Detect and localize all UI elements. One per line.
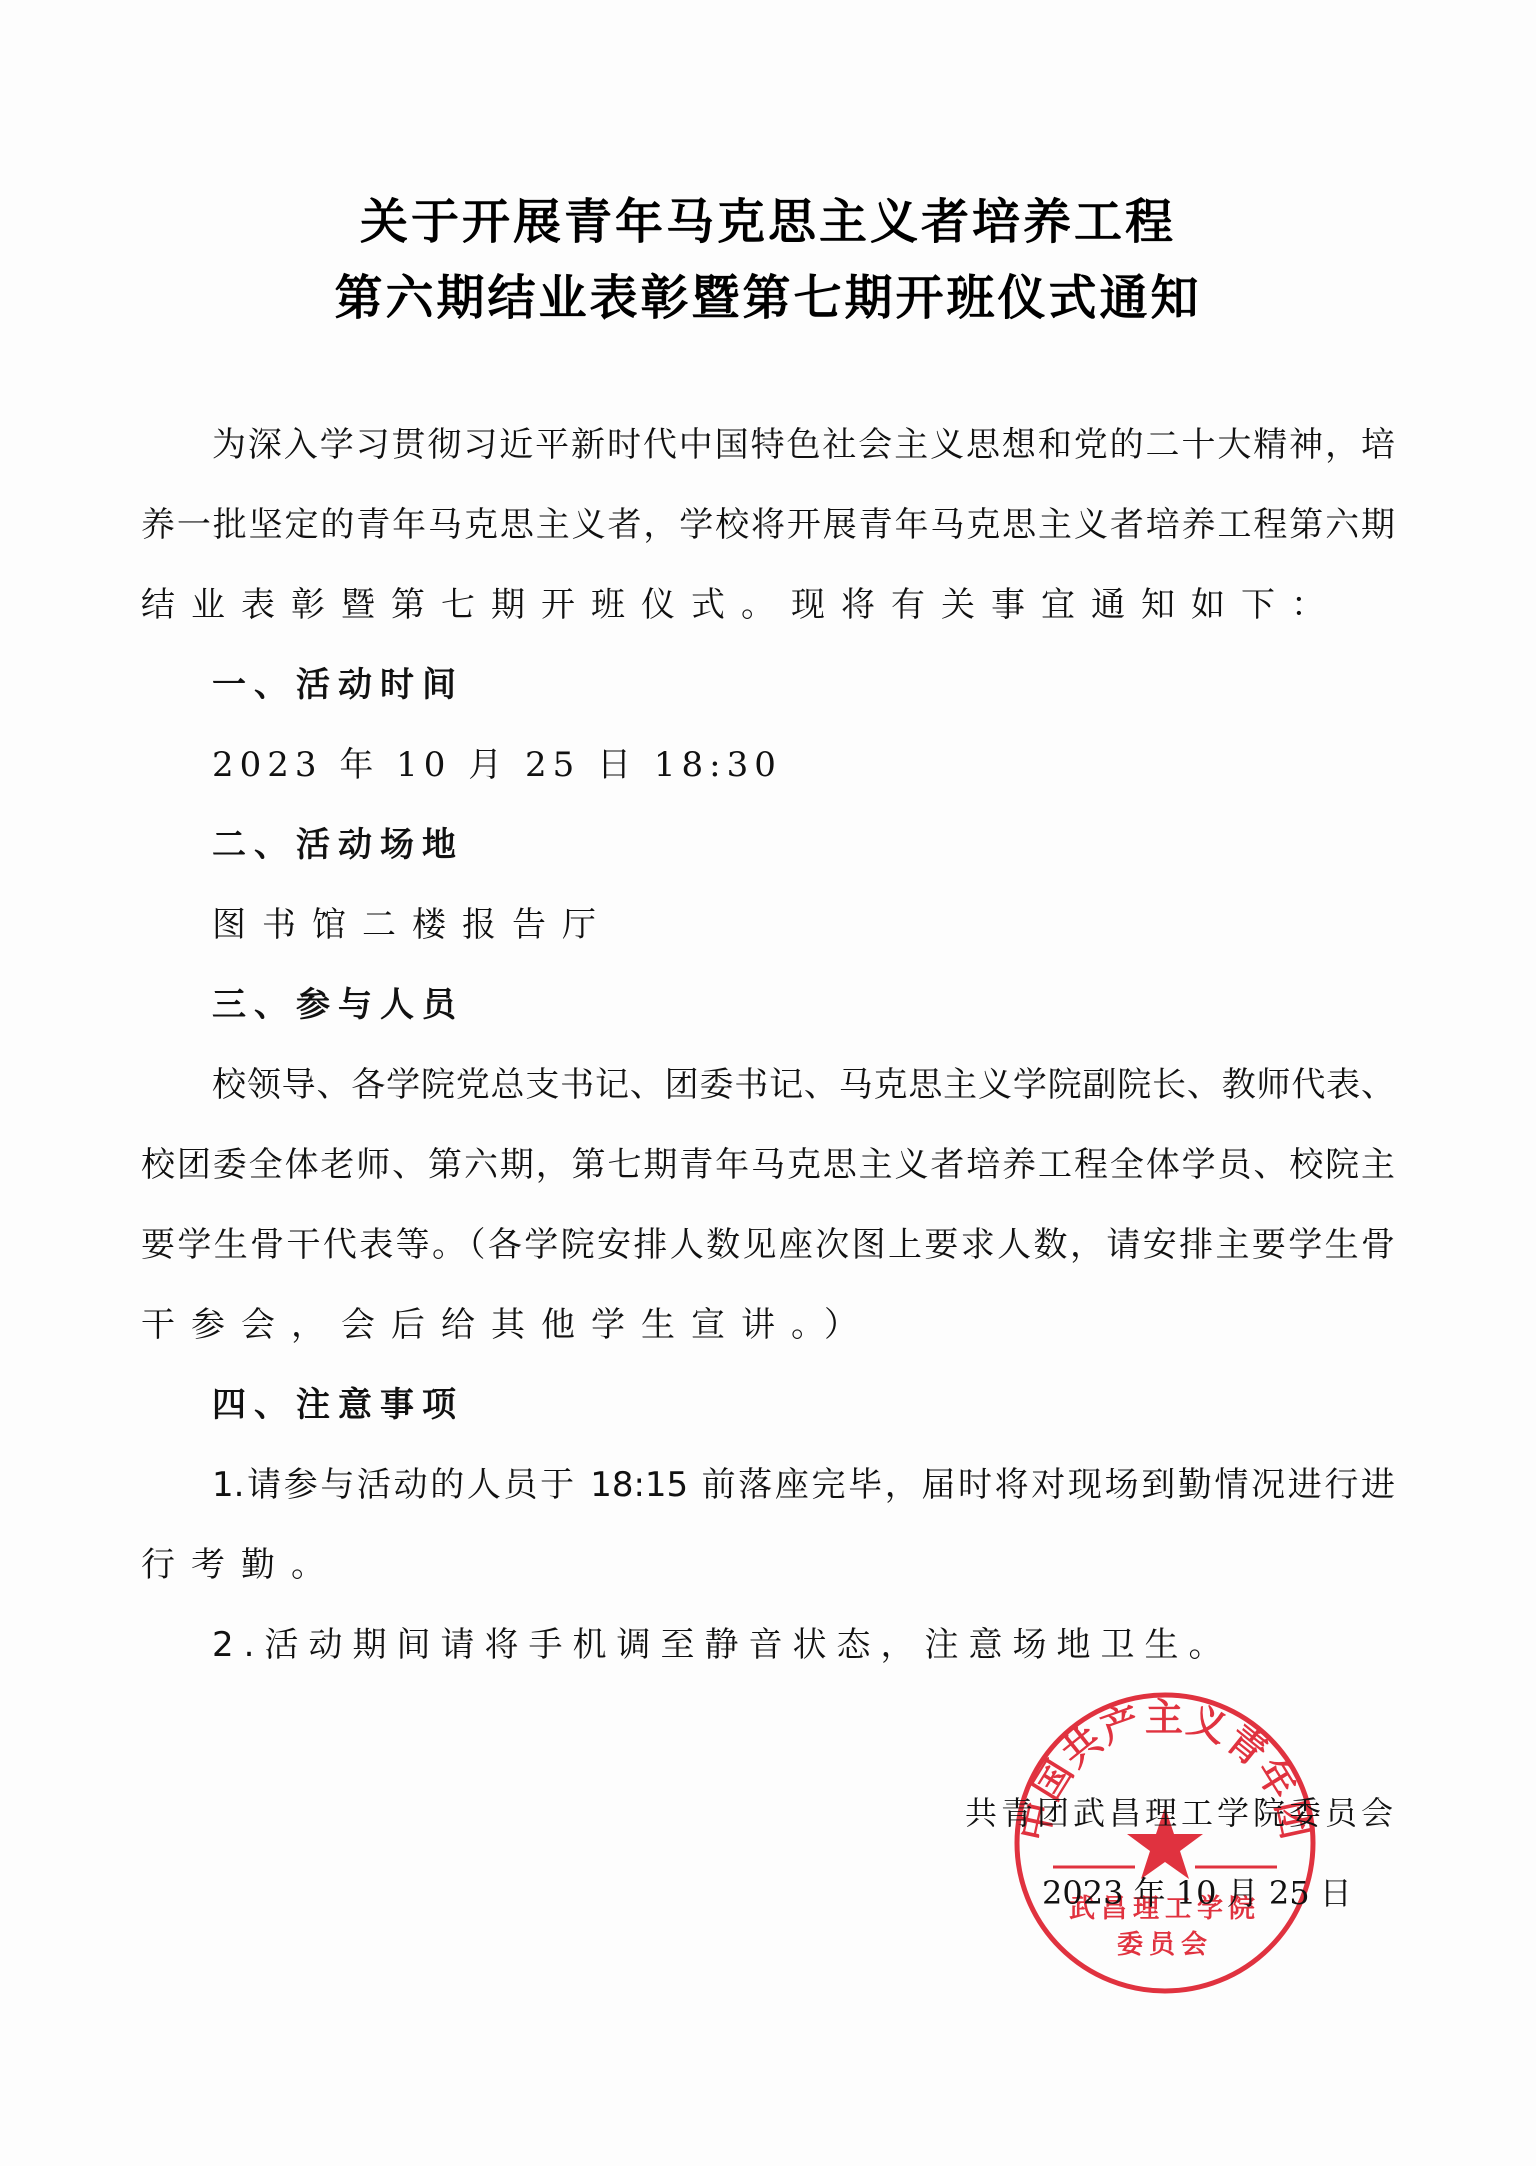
- seal-inner-text-2: 委员会: [1117, 1930, 1213, 1960]
- participants-line-4: 干参会，会后给其他学生宣讲。）: [141, 1300, 1395, 1350]
- event-time: 2023 年 10 月 25 日 18:30: [212, 740, 1395, 790]
- intro-line-3: 结业表彰暨第七期开班仪式。现将有关事宜通知如下：: [141, 580, 1395, 630]
- participants-line-1: 校领导、各学院党总支书记、团委书记、马克思主义学院副院长、教师代表、: [212, 1060, 1395, 1110]
- section-heading-venue: 二、活动场地: [212, 820, 1395, 870]
- notice-document: 关于开展青年马克思主义者培养工程 第六期结业表彰暨第七期开班仪式通知 为深入学习…: [0, 0, 1536, 2166]
- participants-line-2: 校团委全体老师、第六期，第七期青年马克思主义者培养工程全体学员、校院主: [141, 1140, 1395, 1190]
- signature-organization: 共青团武昌理工学院委员会: [965, 1788, 1395, 1838]
- official-seal: 中国共产主义青年团 武昌理工学院 委员会: [1013, 1691, 1317, 1995]
- section-heading-notes: 四、注意事项: [212, 1380, 1395, 1430]
- participants-line-3: 要学生骨干代表等。（各学院安排人数见座次图上要求人数，请安排主要学生骨: [141, 1220, 1395, 1270]
- intro-line-1: 为深入学习贯彻习近平新时代中国特色社会主义思想和党的二十大精神，培: [212, 420, 1395, 470]
- note-item-1-line-2: 行考勤。: [141, 1540, 1395, 1590]
- document-title-line-1: 关于开展青年马克思主义者培养工程: [0, 192, 1536, 252]
- note-item-2: 2.活动期间请将手机调至静音状态，注意场地卫生。: [212, 1620, 1395, 1670]
- document-title-line-2: 第六期结业表彰暨第七期开班仪式通知: [0, 268, 1536, 328]
- intro-line-2: 养一批坚定的青年马克思主义者，学校将开展青年马克思主义者培养工程第六期: [141, 500, 1395, 550]
- section-heading-participants: 三、参与人员: [212, 980, 1395, 1030]
- section-heading-time: 一、活动时间: [212, 660, 1395, 710]
- seal-graphic: 中国共产主义青年团 武昌理工学院 委员会: [1013, 1691, 1317, 1995]
- signature-date: 2023 年 10 月 25 日: [1042, 1868, 1338, 1918]
- note-item-1-line-1: 1.请参与活动的人员于 18:15 前落座完毕，届时将对现场到勤情况进行进: [212, 1460, 1395, 1510]
- event-venue: 图书馆二楼报告厅: [212, 900, 1395, 950]
